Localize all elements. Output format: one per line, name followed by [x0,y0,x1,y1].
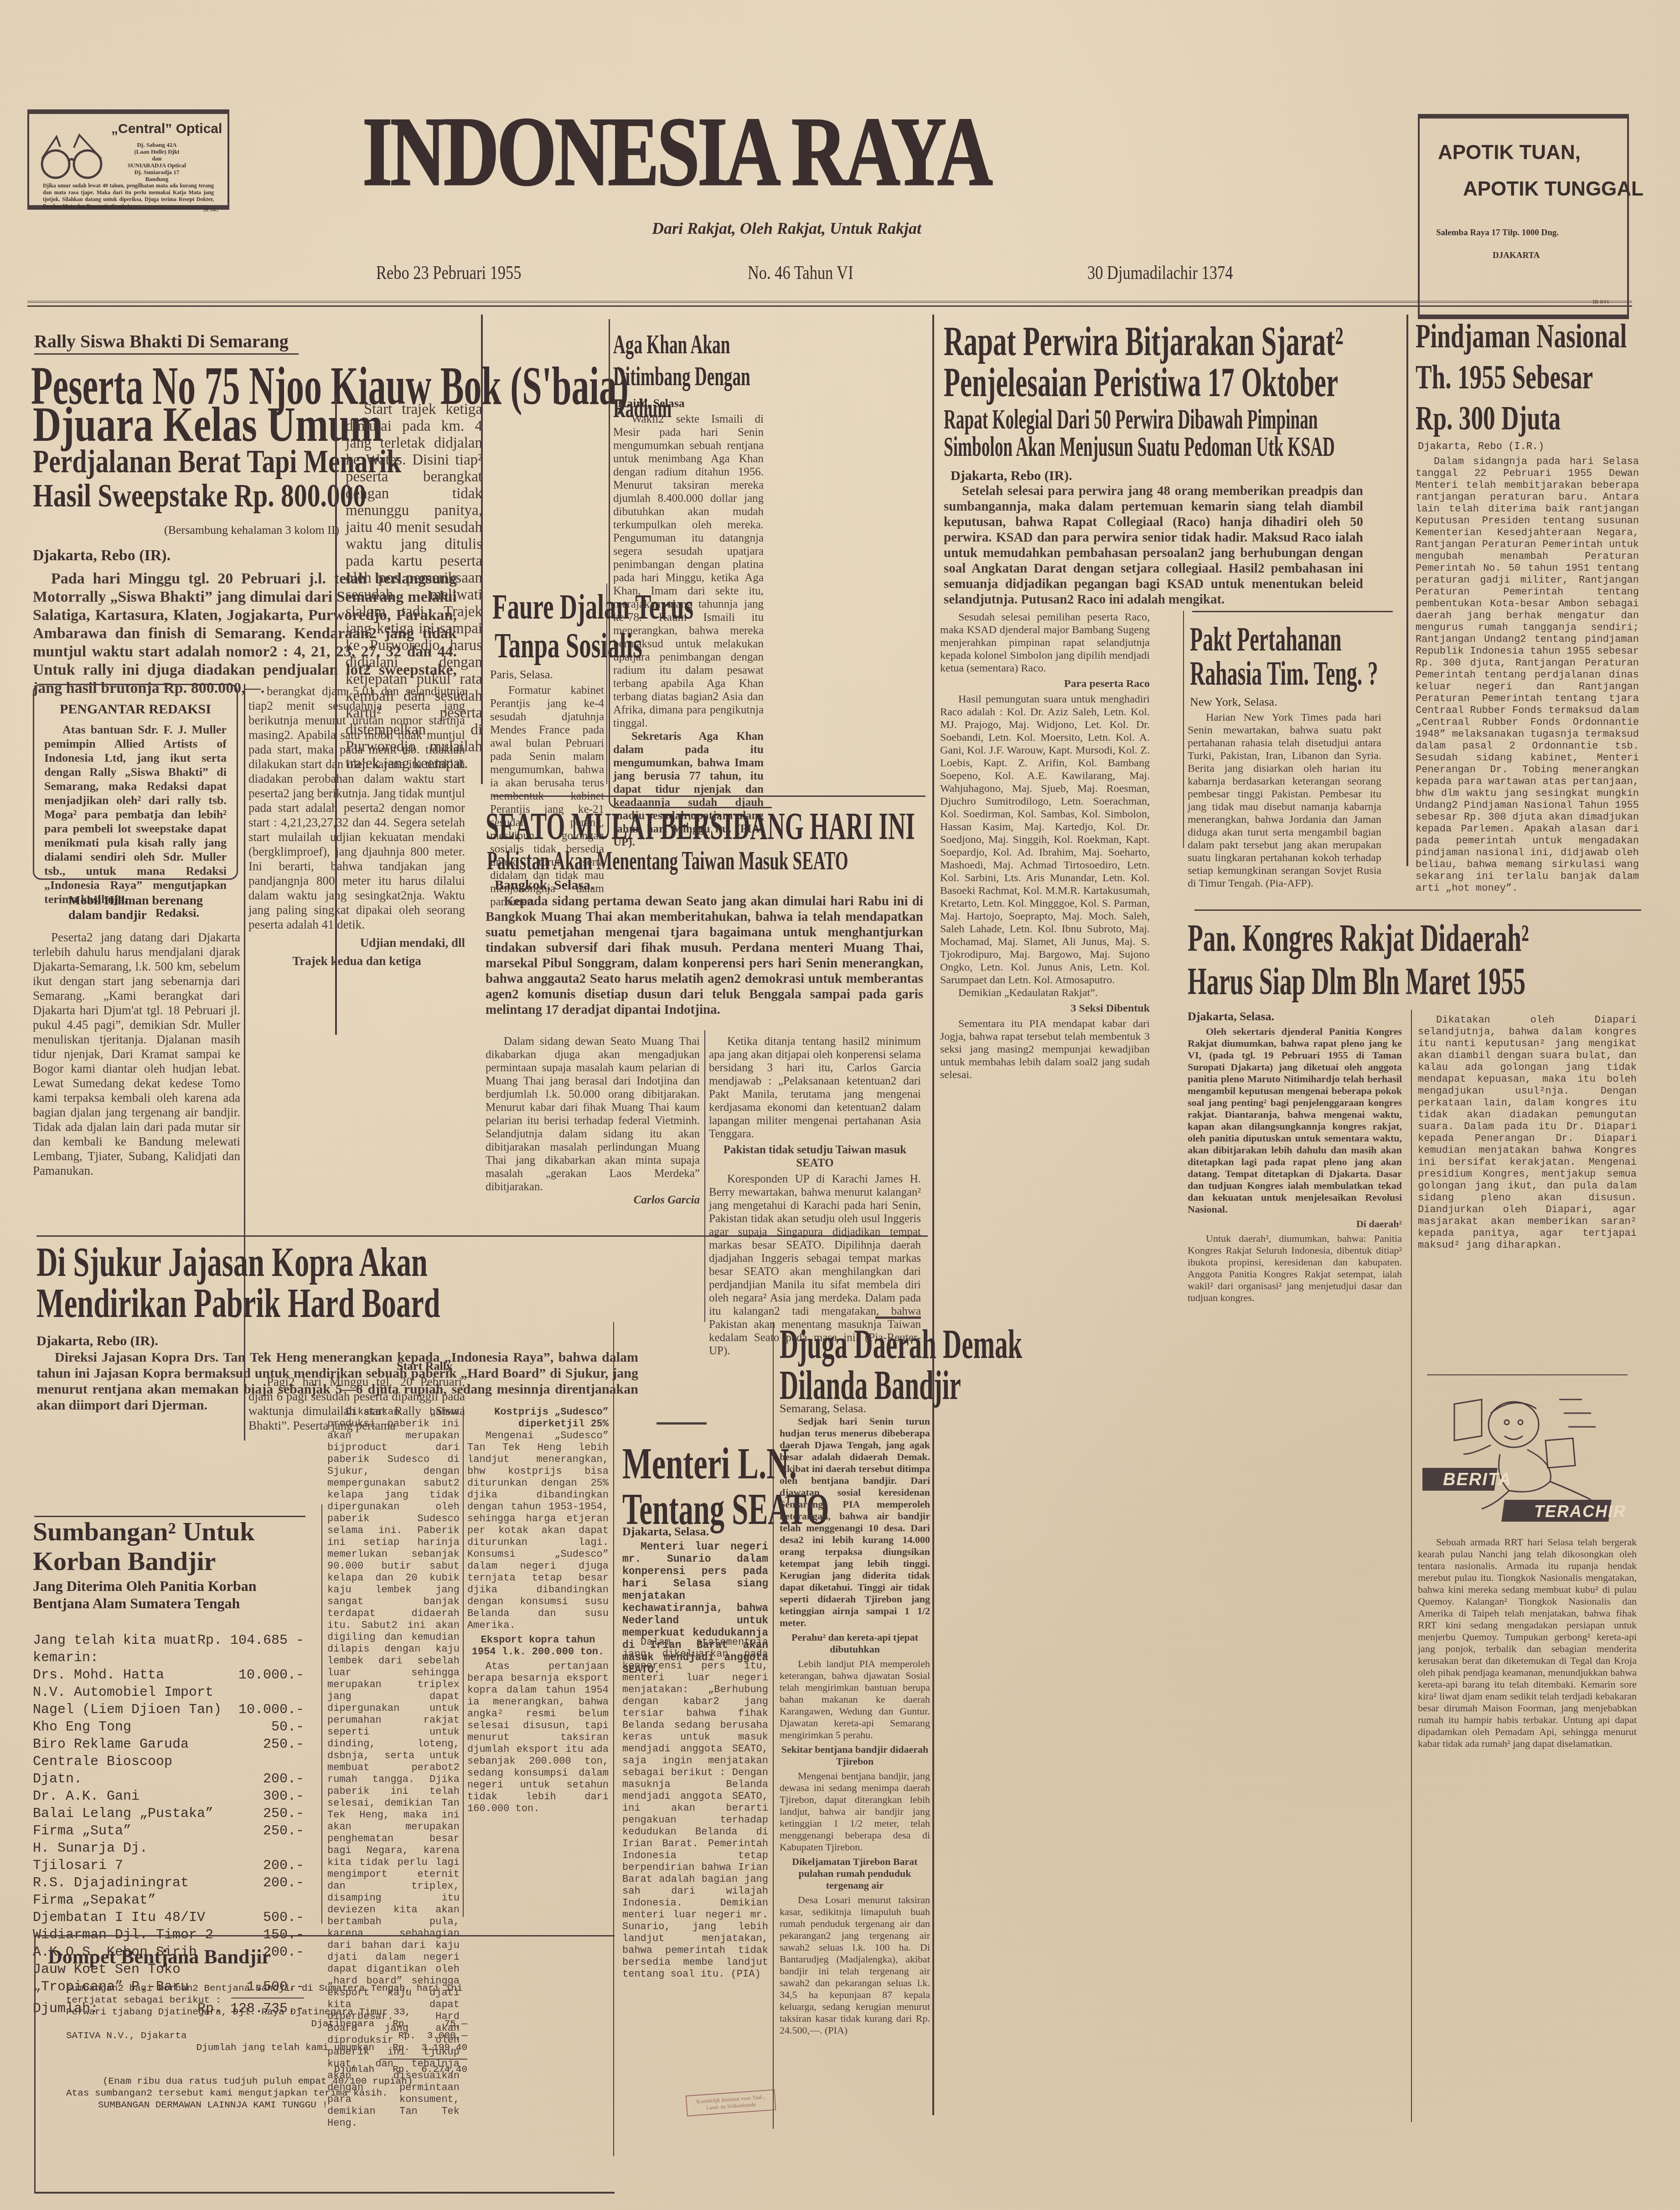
optical-title: „Central” Optical [111,121,222,137]
rapat-lead: Setelah selesai para perwira jang 48 ora… [944,483,1363,607]
editor-note-text: Atas bantuan Sdr. F. J. Muller pemimpin … [44,723,227,906]
eyeglasses-icon [38,132,107,187]
kopra-lead: Direksi Jajasan Kopra Drs. Tan Tek Heng … [36,1349,638,1413]
dompet-content: Sumbangan2 bagi korban2 Bentjana Bandjir… [66,1983,467,2112]
apotik-line2: APOTIK TUNGGAL [1463,178,1644,201]
faure-headline-2: Tanpa Sosialis [495,627,712,664]
kopra-headline-2: Mendirikan Pabrik Hard Board [36,1281,613,1325]
pindjaman-headline: Pindjaman Nasional [1416,319,1680,355]
berita-banner: BERITA [1443,1470,1512,1490]
donor-row: Firma „Suta”250.- [33,1823,304,1840]
donor-row: H. Sunarja Dj. Tjilosari 7200.- [33,1840,304,1874]
donor-row: Kho Eng Tong50.- [33,1719,304,1736]
apotik-city: DJAKARTA [1493,251,1540,261]
masthead-title: INDONESIA RAYA [362,103,991,201]
apotik-line1: APOTIK TUAN, [1438,141,1581,164]
ad-code: IR 643 [203,207,218,213]
kongres-col1: Oleh sekertaris djenderal Panitia Kongre… [1188,1026,1402,1304]
rapat-col1: Sesudah selesai pemilihan peserta Raco, … [940,611,1150,1081]
sumbangan-headline: Sumbangan² Untuk [33,1518,254,1546]
menteri-body: Dalam statementnja jang dikeluarkan pada… [622,1637,768,1980]
donor-row: Balai Lelang „Pustaka”250.- [33,1805,304,1823]
donor-row: Biro Reklame Garuda250.- [33,1736,304,1753]
sumbangan-headline-2: Korban Bandjir [33,1548,216,1575]
donor-row: Dr. A.K. Gani300.- [33,1788,304,1805]
seato-col1: Dalam sidang dewan Seato Muang Thai dika… [486,1035,700,1207]
demak-headline: Djuga Daerah Demak [780,1322,1171,1366]
library-stamp: Koninklijk Instituut voor Taal-, Land- e… [686,2089,776,2117]
sumbangan-subhead: Jang Diterima Oleh Panitia Korban Bentja… [33,1577,297,1612]
berita-terachir-body: Sebuah armada RRT hari Selasa telah berg… [1418,1536,1637,1750]
demak-body: Sedjak hari Senin turun hudjan terus men… [780,1415,930,2036]
menteri-dateline: Djakarta, Selasa. [622,1525,709,1539]
donor-row: Centrale Bioscoop Djatn.200.- [33,1753,304,1788]
kongres-headline: Pan. Kongres Rakjat Didaerah² [1188,919,1680,959]
pindjaman-dateline: Djakarta, Rebo (I.R.) [1418,441,1544,452]
donor-row: Drs. Mohd. Hatta10.000.- [33,1667,304,1684]
rally-continued: (Bersambung kehalaman 3 kolom II) [164,523,339,537]
demak-dateline: Semarang, Selasa. [780,1402,866,1415]
dompet-title: Dompet Bentjana Bandjir [48,1947,271,1967]
pakt-body: Harian New York Times pada hari Senin me… [1188,711,1381,890]
seato-lead: Kepada sidang pertama dewan Seato jang a… [486,893,923,1017]
hijri-date: 30 Djumadilachir 1374 [1087,262,1233,284]
running-newsboy-illustration: BERITA TERACHIR [1422,1386,1632,1527]
issue-number: No. 46 Tahun VI [748,262,853,284]
pindjaman-body: Dalam sidangnja pada hari Selasa tanggal… [1416,456,1639,894]
donor-row: Jang telah kita muat kemarin:Rp. 104.685… [33,1632,304,1667]
donor-row: N.V. Automobiel Import Nagel (Liem Djioe… [33,1684,304,1719]
pindjaman-headline-2: Th. 1955 Sebesar [1416,360,1662,396]
masthead-motto: Dari Rakjat, Oleh Rakjat, Untuk Rakjat [652,219,921,238]
optical-address: Dj. Sabang 42A (Laan Holle) Djkt dan SUN… [114,141,200,182]
kongres-col2: Dikatakan oleh Diapari selandjutnja, bah… [1418,1014,1637,1251]
kopra-dateline: Djakarta, Rebo (IR). [36,1333,158,1349]
editor-note-title: PENGANTAR REDAKSI [44,702,227,717]
kongres-headline-2: Harus Siap Dlm Bln Maret 1955 [1188,962,1680,1002]
pindjaman-headline-3: Rp. 300 Djuta [1416,401,1617,437]
kopra-headline: Di Sjukur Jajasan Kopra Akan [36,1240,595,1284]
seato-dateline: Bangkok, Selasa. [495,878,594,893]
rally-dateline: Djakarta, Rebo (IR). [33,547,171,564]
rally-subhead: Mobil Hillman berenang dalam bandjir [68,893,237,923]
issue-date: Rebo 23 Pebruari 1955 [376,262,522,284]
rapat-dateline: Djakarta, Rebo (IR). [951,468,1072,484]
pakt-dateline: New York, Selasa. [1190,695,1277,709]
seato-col2: Ketika ditanja tentang hasil2 minimum ap… [709,1035,921,1358]
apotik-address: Salemba Raya 17 Tilp. 1000 Dng. [1436,228,1559,238]
rally-col2-body: berangkat djam 5.01 dan selandjutnja tia… [248,684,465,972]
pakt-headline: Pakt Pertahanan [1190,622,1435,658]
optical-text: Djika umur sudah lewat 40 tahun, pengilh… [43,182,214,210]
rally-col1-body: Peserta2 jang datang dari Djakarta terle… [33,930,240,1178]
ad-apotik-tuan: APOTIK TUAN, APOTIK TUNGGAL Salemba Raya… [1418,114,1629,319]
terachir-banner: TERACHIR [1534,1502,1626,1521]
rally-kicker: Rally Siswa Bhakti Di Semarang [34,332,289,351]
ad-central-optical: „Central” Optical Dj. Sabang 42A (Laan H… [27,109,229,210]
demak-headline-2: Dilanda Bandjir [780,1363,1072,1407]
faure-headline: Faure Djalan Terus [492,588,788,625]
faure-dateline: Paris, Selasa. [490,668,553,682]
donor-row: R.S. Djajadiningrat200.- [33,1874,304,1892]
kopra-col2: Kostprijs „Sudesco” diperketjil 25% Meng… [467,1406,609,1815]
editor-note-box: PENGANTAR REDAKSI Atas bantuan Sdr. F. J… [33,684,238,880]
donor-row: Firma „Sepakat” Djembatan I Itu 48/IV500… [33,1892,304,1926]
kongres-dateline: Djakarta, Selasa. [1188,1010,1274,1023]
agakhan-dateline: Kairo, Selasa [618,397,685,410]
